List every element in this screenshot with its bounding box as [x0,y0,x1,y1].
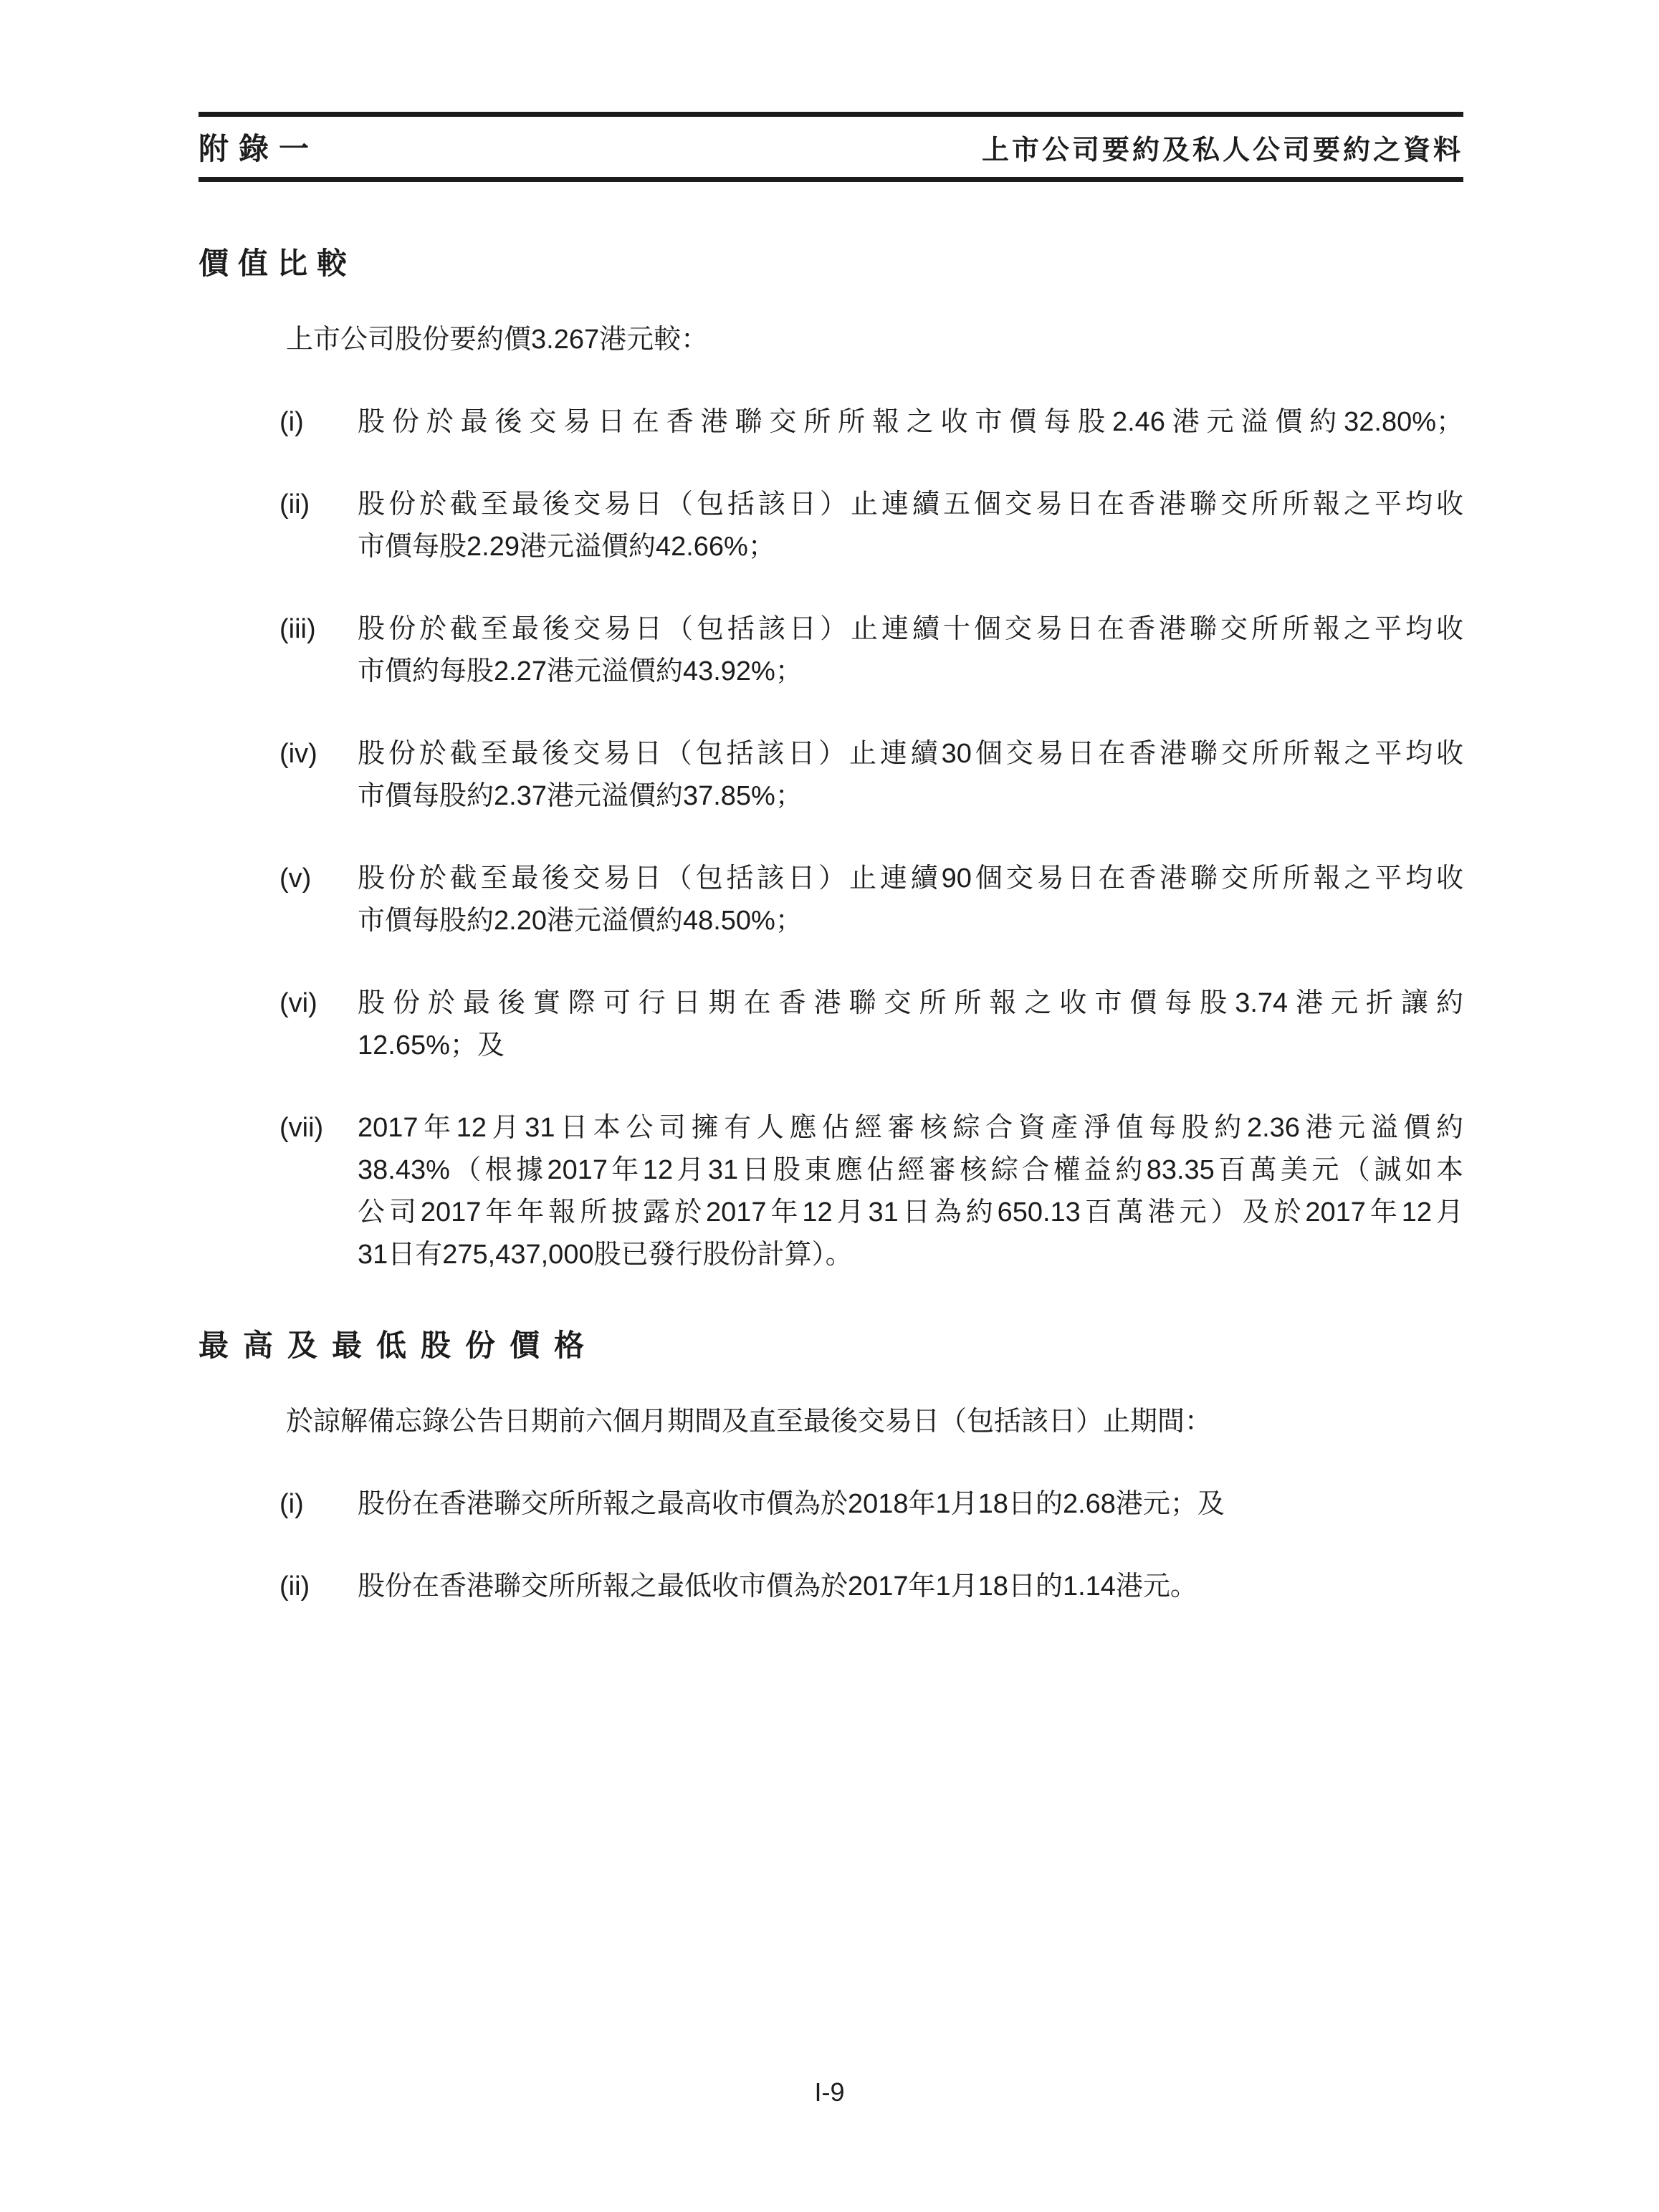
list-item-line: 股份於截至最後交易日（包括該日）止連續五個交易日在香港聯交所所報之平均收 [358,484,1463,526]
list-item-line: 股份於截至最後交易日（包括該日）止連續十個交易日在香港聯交所所報之平均收 [358,608,1463,651]
document-page: 附錄一 上市公司要約及私人公司要約之資料 價值比較 上市公司股份要約價3.267… [0,0,1659,2212]
section-intro-period: 於諒解備忘錄公告日期前六個月期間及直至最後交易日（包括該日）止期間： [286,1401,1463,1443]
list-item-line: 股份在香港聯交所所報之最低收市價為於2017年1月18日的1.14港元。 [358,1566,1463,1608]
section-heading-highest-lowest-share-prices: 最高及最低股份價格 [199,1328,1463,1364]
list-item-premium-net-asset-value: (vii) 2017年12月31日本公司擁有人應佔經審核綜合資產淨值每股約2.3… [199,1107,1463,1276]
list-item-label: (iii) [279,608,316,651]
list-item-discount-latest-practicable-date: (vi) 股份於最後實際可行日期在香港聯交所所報之收市價每股3.74港元折讓約 … [199,982,1463,1067]
list-item-premium-5-day-average: (ii) 股份於截至最後交易日（包括該日）止連續五個交易日在香港聯交所所報之平均… [199,484,1463,568]
list-item-label: (vi) [279,982,317,1025]
list-item-label: (i) [279,401,304,444]
list-item-line: 股份在香港聯交所所報之最高收市價為於2018年1月18日的2.68港元；及 [358,1483,1463,1526]
list-item-label: (v) [279,858,311,900]
page-content: 價值比較 上市公司股份要約價3.267港元較： (i) 股份於最後交易日在香港聯… [199,174,1463,1608]
list-item-line: 股份於截至最後交易日（包括該日）止連續90個交易日在香港聯交所所報之平均收 [358,858,1463,900]
list-item-line: 31日有275,437,000股已發行股份計算）。 [358,1234,1463,1276]
list-item-label: (ii) [279,1566,310,1608]
list-item-premium-10-day-average: (iii) 股份於截至最後交易日（包括該日）止連續十個交易日在香港聯交所所報之平… [199,608,1463,693]
header-appendix-label: 附錄一 [199,125,319,168]
list-item-line: 2017年12月31日本公司擁有人應佔經審核綜合資產淨值每股約2.36港元溢價約 [358,1107,1463,1149]
list-item-line: 12.65%；及 [358,1025,1463,1067]
list-item-line: 市價每股約2.20港元溢價約48.50%； [358,900,1463,942]
list-item-line: 股份於截至最後交易日（包括該日）止連續30個交易日在香港聯交所所報之平均收 [358,733,1463,775]
header-title: 上市公司要約及私人公司要約之資料 [982,128,1463,167]
list-item-line: 公司2017年年報所披露於2017年12月31日為約650.13百萬港元）及於2… [358,1192,1463,1234]
list-item-line: 市價每股2.29港元溢價約42.66%； [358,526,1463,568]
section-intro-offer-price: 上市公司股份要約價3.267港元較： [286,319,1463,361]
list-item-line: 市價約每股2.27港元溢價約43.92%； [358,651,1463,693]
list-item-line: 38.43%（根據2017年12月31日股東應佔經審核綜合權益約83.35百萬美… [358,1149,1463,1192]
list-item-line: 市價每股約2.37港元溢價約37.85%； [358,775,1463,818]
list-item-highest-closing-price: (i) 股份在香港聯交所所報之最高收市價為於2018年1月18日的2.68港元；… [199,1483,1463,1526]
list-item-premium-30-day-average: (iv) 股份於截至最後交易日（包括該日）止連續30個交易日在香港聯交所所報之平… [199,733,1463,818]
list-item-label: (ii) [279,484,310,526]
list-item-label: (iv) [279,733,317,775]
page-number: I-9 [0,2077,1659,2108]
list-item-line: 股份於最後交易日在香港聯交所所報之收市價每股2.46港元溢價約32.80%； [358,401,1463,444]
list-item-line: 股份於最後實際可行日期在香港聯交所所報之收市價每股3.74港元折讓約 [358,982,1463,1025]
list-item-label: (i) [279,1483,304,1526]
list-item-premium-90-day-average: (v) 股份於截至最後交易日（包括該日）止連續90個交易日在香港聯交所所報之平均… [199,858,1463,942]
page-header: 附錄一 上市公司要約及私人公司要約之資料 [199,112,1463,182]
list-item-premium-last-trading-day: (i) 股份於最後交易日在香港聯交所所報之收市價每股2.46港元溢價約32.80… [199,401,1463,444]
list-item-lowest-closing-price: (ii) 股份在香港聯交所所報之最低收市價為於2017年1月18日的1.14港元… [199,1566,1463,1608]
section-heading-value-comparison: 價值比較 [199,246,1463,282]
list-item-label: (vii) [279,1107,323,1149]
